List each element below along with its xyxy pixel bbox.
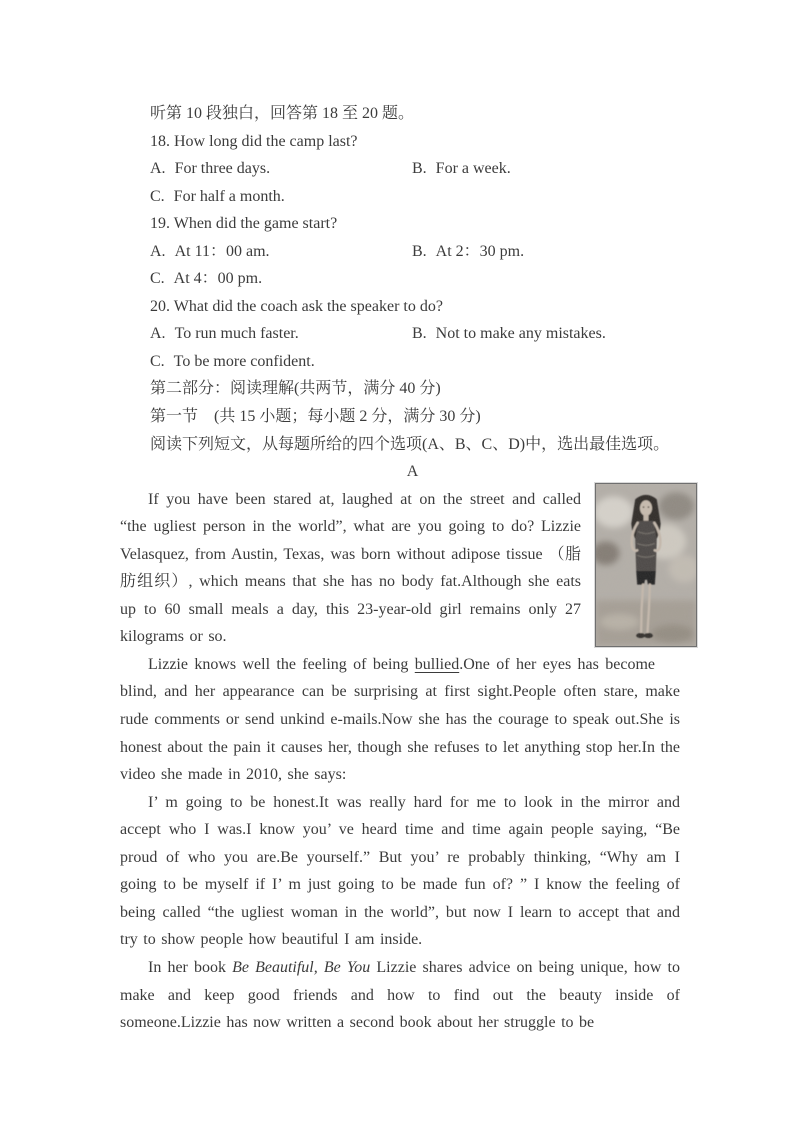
question-19-text: 19. When did the game start? <box>120 210 680 238</box>
question-19-option-c: C.At 4：00 pm. <box>120 265 680 293</box>
passage-title: A <box>120 458 680 486</box>
question-19-options-ab: A.At 11：00 am. B.At 2：30 pm. <box>120 238 680 266</box>
question-20-option-b: B.Not to make any mistakes. <box>412 320 606 348</box>
question-18-text: 18. How long did the camp last? <box>120 128 680 156</box>
passage-paragraph-1: If you have been stared at, laughed at o… <box>120 486 680 651</box>
section1-heading: 第一节 (共 15 小题；每小题 2 分，满分 30 分) <box>120 403 680 431</box>
passage-paragraph-4: In her book Be Beautiful, Be You Lizzie … <box>120 954 680 1037</box>
question-18-option-a: A.For three days. <box>150 160 270 177</box>
question-18-options-ab: A.For three days. B.For a week. <box>120 155 680 183</box>
passage-paragraph-3: I’ m going to be honest.It was really ha… <box>120 789 680 954</box>
question-20-option-a: A.To run much faster. <box>150 325 299 342</box>
passage-paragraph-2: Lizzie knows well the feeling of being b… <box>120 651 680 789</box>
lizzie-photo <box>595 483 697 647</box>
question-20-options-ab: A.To run much faster. B.Not to make any … <box>120 320 680 348</box>
exam-page: 听第 10 段独白，回答第 18 至 20 题。 18. How long di… <box>0 0 800 1132</box>
listening-intro: 听第 10 段独白，回答第 18 至 20 题。 <box>120 100 680 128</box>
lizzie-photo-graphic <box>596 484 696 646</box>
question-19-option-a: A.At 11：00 am. <box>150 243 270 260</box>
part2-heading: 第二部分：阅读理解(共两节，满分 40 分) <box>120 375 680 403</box>
reading-instructions: 阅读下列短文，从每题所给的四个选项(A、B、C、D)中，选出最佳选项。 <box>120 431 680 459</box>
question-18-option-c: C.For half a month. <box>120 183 680 211</box>
question-19-option-b: B.At 2：30 pm. <box>412 238 524 266</box>
photo-float <box>595 483 697 661</box>
question-18-option-b: B.For a week. <box>412 155 511 183</box>
question-20-option-c: C.To be more confident. <box>120 348 680 376</box>
document-body: 听第 10 段独白，回答第 18 至 20 题。 18. How long di… <box>120 100 680 1037</box>
question-20-text: 20. What did the coach ask the speaker t… <box>120 293 680 321</box>
